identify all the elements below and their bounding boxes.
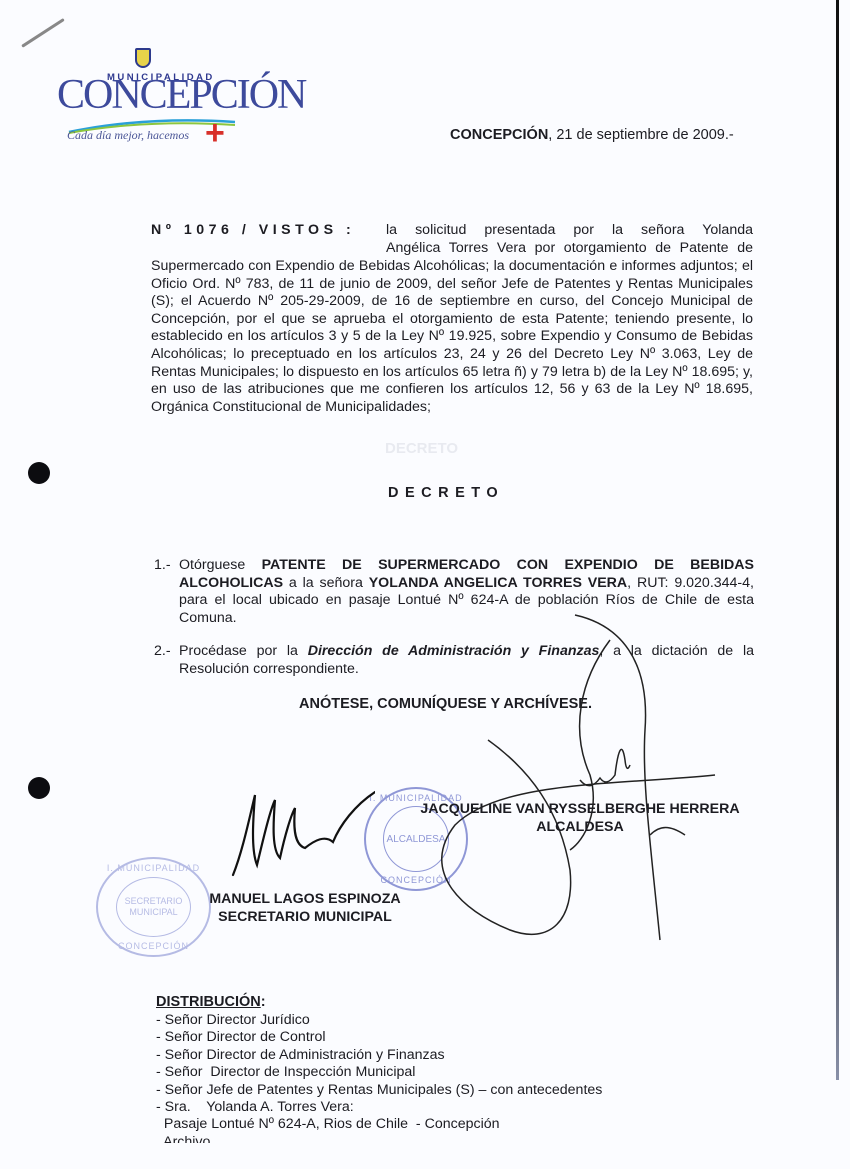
date-city: CONCEPCIÓN bbox=[450, 127, 548, 143]
distribution-list: - Señor Director Jurídico - Señor Direct… bbox=[156, 1012, 602, 1143]
list-item: - Sra. Yolanda A. Torres Vera: bbox=[156, 1099, 602, 1116]
list-item: Pasaje Lontué Nº 624-A, Rios de Chile - … bbox=[156, 1116, 602, 1133]
vistos-line-2: Angélica Torres Vera por otorgamiento de… bbox=[386, 240, 753, 258]
decree-number-heading: Nº 1076 / VISTOS : bbox=[151, 222, 355, 238]
list-item: - Señor Director Jurídico bbox=[156, 1012, 602, 1029]
closing-formula: ANÓTESE, COMUNÍQUESE Y ARCHÍVESE. bbox=[299, 696, 592, 712]
bleed-through-text: DECRETO bbox=[385, 440, 458, 457]
item-connector: a la señora bbox=[283, 575, 369, 591]
vistos-intro: la solicitud presentada por la señora Yo… bbox=[386, 222, 753, 257]
list-item: - Señor Director de Inspección Municipal bbox=[156, 1064, 602, 1081]
plus-icon: + bbox=[205, 116, 225, 150]
stamp-ring-top: I. MUNICIPALIDAD bbox=[98, 863, 209, 873]
staple-mark bbox=[21, 18, 65, 48]
date-text: , 21 de septiembre de 2009.- bbox=[548, 127, 733, 143]
list-item: Archivo bbox=[156, 1134, 602, 1143]
logo-slogan: Cada día mejor, hacemos bbox=[67, 128, 189, 143]
distribution-heading: DISTRIBUCIÓN: bbox=[156, 994, 266, 1010]
secretary-name: MANUEL LAGOS ESPINOZA bbox=[200, 890, 410, 908]
item-number: 1.- bbox=[154, 557, 171, 575]
mayor-title: ALCALDESA bbox=[405, 818, 755, 836]
secretary-signature-block: MANUEL LAGOS ESPINOZA SECRETARIO MUNICIP… bbox=[200, 890, 410, 926]
decreto-title: DECRETO bbox=[388, 485, 504, 501]
list-item: - Señor Director de Administración y Fin… bbox=[156, 1047, 602, 1064]
stamp-center: SECRETARIOMUNICIPAL bbox=[116, 877, 191, 937]
stamp-ring-bottom: CONCEPCIÓN bbox=[366, 875, 466, 885]
mayor-name: JACQUELINE VAN RYSSELBERGHE HERRERA bbox=[405, 800, 755, 818]
mayor-signature-block: JACQUELINE VAN RYSSELBERGHE HERRERA ALCA… bbox=[405, 800, 755, 836]
date-line: CONCEPCIÓN, 21 de septiembre de 2009.- bbox=[450, 127, 734, 143]
page-edge bbox=[836, 0, 839, 1080]
punch-hole bbox=[28, 777, 50, 799]
municipality-logo: MUNICIPALIDAD CONCEPCIÓN Cada día mejor,… bbox=[55, 48, 245, 153]
secretary-title: SECRETARIO MUNICIPAL bbox=[200, 908, 410, 926]
applicant-name: YOLANDA ANGELICA TORRES VERA bbox=[369, 575, 627, 591]
vistos-line-1: la solicitud presentada por la señora Yo… bbox=[386, 222, 753, 240]
vistos-body: Supermercado con Expendio de Bebidas Alc… bbox=[151, 258, 753, 416]
secretary-stamp: I. MUNICIPALIDAD SECRETARIOMUNICIPAL CON… bbox=[96, 857, 211, 957]
stamp-center-line: MUNICIPAL bbox=[129, 907, 177, 917]
department-name: Dirección de Administración y Finanzas bbox=[308, 643, 600, 659]
stamp-center-line: SECRETARIO bbox=[125, 896, 183, 906]
coat-of-arms-icon bbox=[135, 48, 151, 68]
logo-city-name: CONCEPCIÓN bbox=[57, 74, 305, 116]
distribution-heading-text: DISTRIBUCIÓN bbox=[156, 994, 261, 1010]
item-verb: Procédase por la bbox=[179, 643, 308, 659]
punch-hole bbox=[28, 462, 50, 484]
decree-item-1: 1.- Otórguese PATENTE DE SUPERMERCADO CO… bbox=[154, 557, 754, 627]
item-text: Otórguese PATENTE DE SUPERMERCADO CON EX… bbox=[179, 557, 754, 627]
list-item: - Señor Jefe de Patentes y Rentas Munici… bbox=[156, 1082, 602, 1099]
item-verb: Otórguese bbox=[179, 557, 262, 573]
decree-item-2: 2.- Procédase por la Dirección de Admini… bbox=[154, 643, 754, 678]
stamp-ring-bottom: CONCEPCIÓN bbox=[98, 941, 209, 951]
secretary-signature bbox=[225, 780, 375, 880]
list-item: - Señor Director de Control bbox=[156, 1029, 602, 1046]
item-text: Procédase por la Dirección de Administra… bbox=[179, 643, 754, 678]
item-number: 2.- bbox=[154, 643, 171, 661]
heading-colon: : bbox=[261, 994, 266, 1010]
